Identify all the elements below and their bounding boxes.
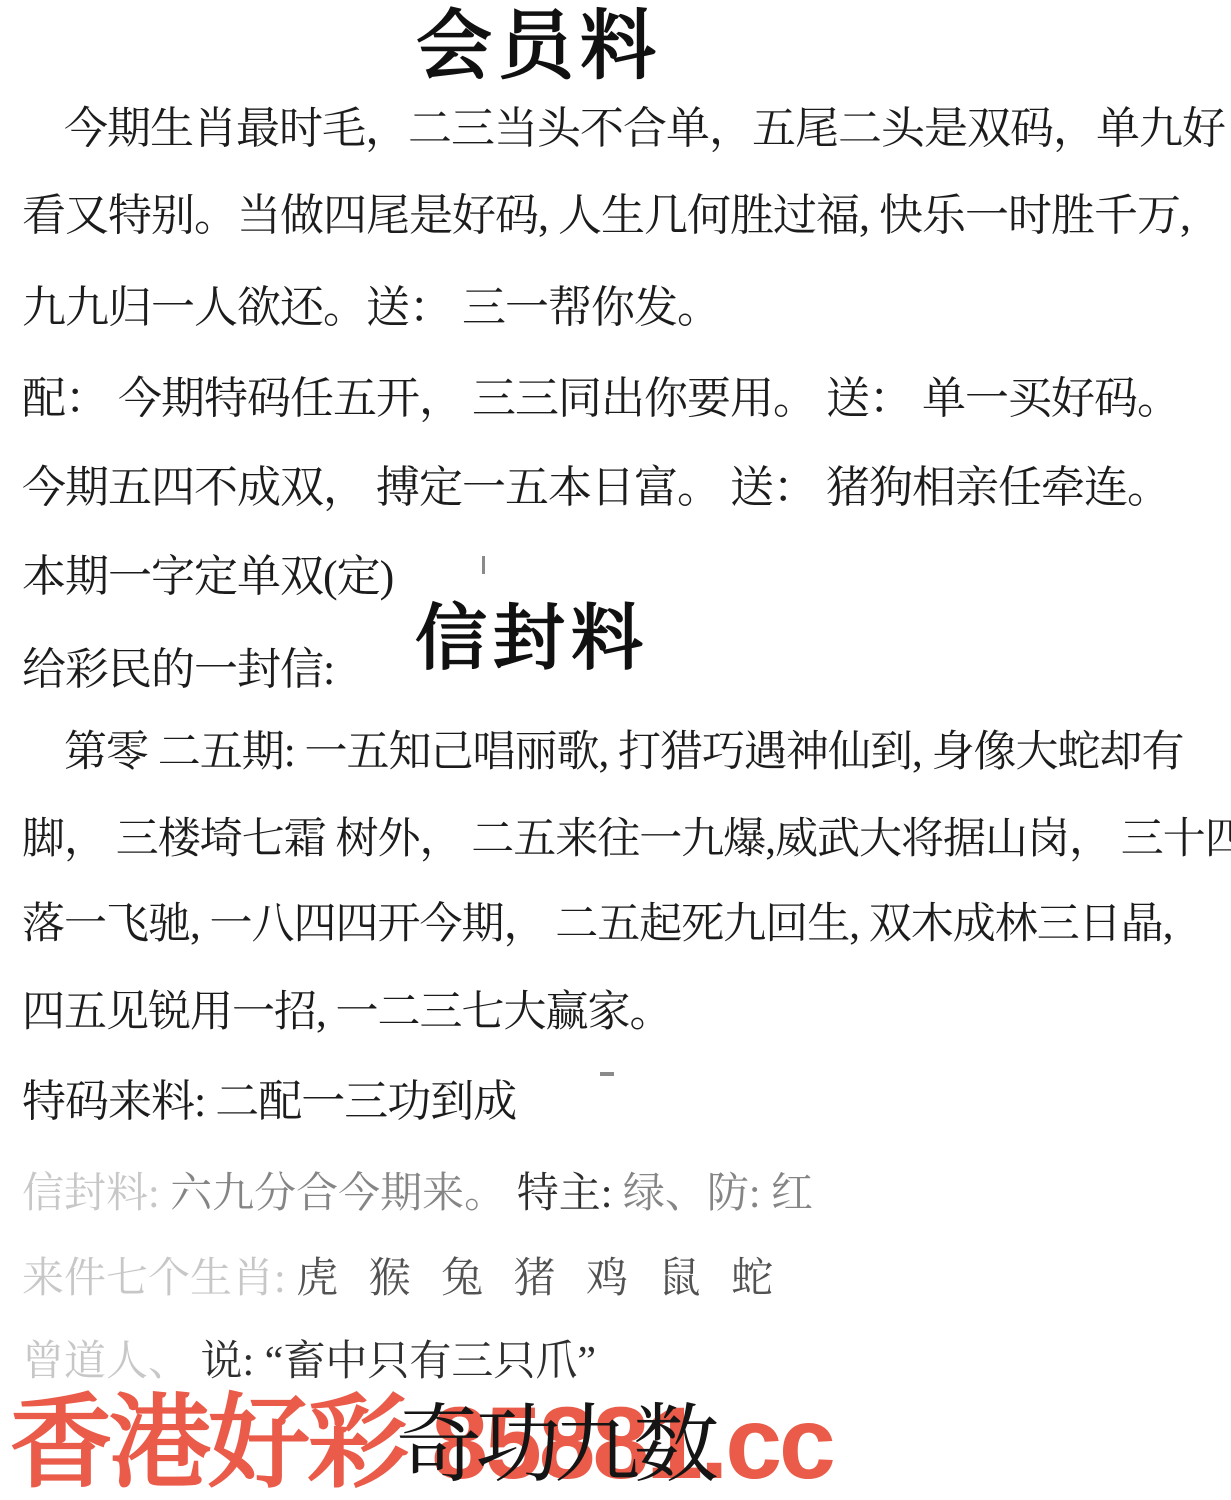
- scan-artifact-dash: [600, 1072, 614, 1076]
- tip-sheet-page: 会员料 今期生肖最时毛，二三当头不合单，五尾二头是双码，单九好 看又特别。当做四…: [0, 0, 1231, 1500]
- envelope-line: 四五见锐用一招, 一二三七大赢家。: [22, 987, 672, 1039]
- envelope-section-title: 信封料: [415, 600, 649, 679]
- faded-envelope-text: 六九分合今期来。: [170, 1171, 506, 1217]
- envelope-intro: 给彩民的一封信:: [22, 644, 334, 697]
- member-line: 本期一字定单双(定): [22, 551, 393, 604]
- faded-special-label: 特主:: [517, 1171, 613, 1217]
- member-line: 今期生肖最时毛，二三当头不合单，五尾二头是双码，单九好: [22, 103, 1225, 156]
- faded-zodiac-line: 来件七个生肖: 虎 猴 兔 猪 鸡 鼠 蛇: [22, 1245, 783, 1305]
- envelope-line: 第零 二五期: 一五知己唱丽歌, 打猎巧遇神仙到, 身像大蛇却有: [22, 727, 1183, 779]
- faded-quote-line: 曾道人、 说: “畜中只有三只爪”: [22, 1328, 596, 1388]
- member-line: 配： 今期特码任五开， 三三同出你要用。 送： 单一买好码。: [22, 373, 1180, 426]
- member-section-title: 会员料: [416, 6, 662, 90]
- faded-envelope-line: 信封料: 六九分合今期来。 特主: 绿、防: 红: [22, 1160, 813, 1220]
- faded-quote-label: 曾道人、: [22, 1339, 190, 1385]
- special-code-line: 特码来料: 二配一三功到成: [22, 1076, 516, 1129]
- faded-zodiac-list: 虎 猴 兔 猪 鸡 鼠 蛇: [296, 1256, 783, 1302]
- faded-envelope-label: 信封料:: [22, 1171, 160, 1217]
- envelope-line: 脚， 三楼埼七霜 树外， 二五来往一九爆,威武大将据山岗， 三十四: [22, 814, 1231, 866]
- member-line: 看又特别。当做四尾是好码, 人生几何胜过福, 快乐一时胜千万,: [22, 190, 1190, 243]
- envelope-line: 落一飞驰, 一八四四开今期， 二五起死九回生, 双木成林三日晶,: [22, 899, 1173, 951]
- member-line: 今期五四不成双， 搏定一五本日富。 送： 猪狗相亲任牵连。: [22, 462, 1170, 515]
- faded-special-colors: 绿、防: 红: [623, 1171, 813, 1217]
- faded-quote-text: 说: “畜中只有三只爪”: [201, 1339, 596, 1385]
- faded-zodiac-label: 来件七个生肖:: [22, 1256, 286, 1302]
- footer-overlay-title: 奇功九数: [396, 1402, 712, 1488]
- scan-artifact-tick: [482, 556, 485, 574]
- member-line: 九九归一人欲还。送： 三一帮你发。: [22, 282, 720, 335]
